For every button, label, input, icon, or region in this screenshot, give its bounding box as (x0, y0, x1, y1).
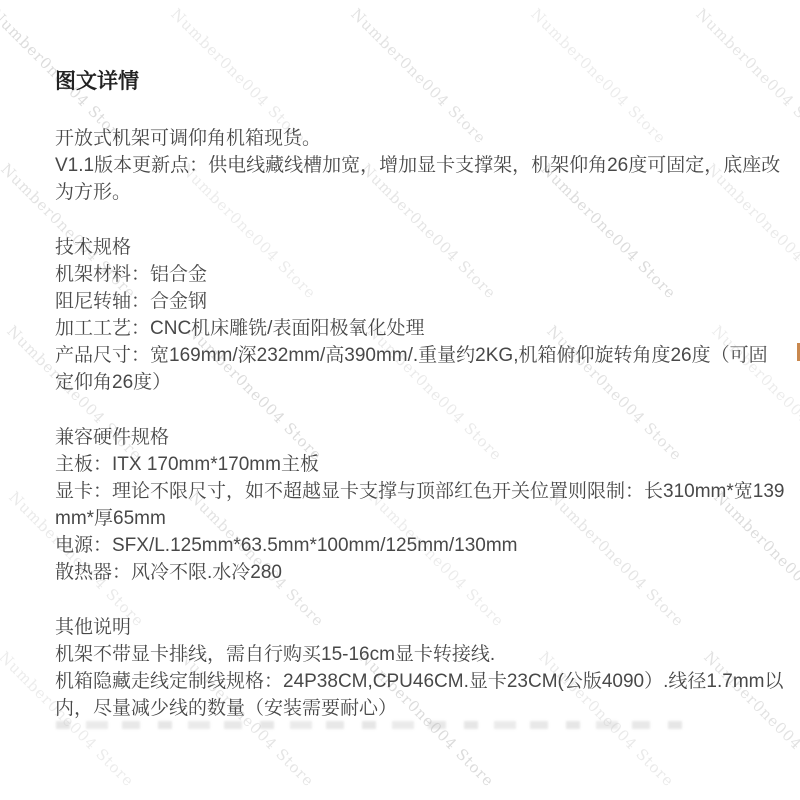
spec-line: 机架材料：铝合金 (55, 261, 770, 288)
spec-line: 产品尺寸：宽169mm/深232mm/高390mm/.重量约2KG,机箱俯仰旋转… (55, 342, 770, 369)
intro-line: V1.1版本更新点：供电线藏线槽加宽，增加显卡支撑架，机架仰角26度可固定，底座… (55, 152, 770, 179)
spec-line: 显卡：理论不限尺寸，如不超越显卡支撑与顶部红色开关位置则限制：长310mm*宽1… (55, 478, 770, 505)
section-hardware-compatibility: 兼容硬件规格 主板：ITX 170mm*170mm主板 显卡：理论不限尺寸，如不… (55, 424, 770, 586)
section-heading: 技术规格 (55, 234, 770, 261)
spec-line: 机箱隐藏走线定制线规格：24P38CM,CPU46CM.显卡23CM(公版409… (55, 668, 770, 695)
spec-line: mm*厚65mm (55, 505, 770, 532)
product-description-page: Number0ne004 StoreNumber0ne004 StoreNumb… (0, 0, 800, 800)
section-other-notes: 其他说明 机架不带显卡排线，需自行购买15-16cm显卡转接线. 机箱隐藏走线定… (55, 614, 770, 722)
spec-line: 内，尽量减少线的数量（安装需要耐心） (55, 695, 770, 722)
spec-line: 定仰角26度） (55, 369, 770, 396)
section-tech-specs: 技术规格 机架材料：铝合金 阻尼转轴：合金钢 加工工艺：CNC机床雕铣/表面阳极… (55, 234, 770, 396)
intro-paragraph: 开放式机架可调仰角机箱现货。 V1.1版本更新点：供电线藏线槽加宽，增加显卡支撑… (55, 125, 770, 206)
faded-cropped-text-remnant (56, 721, 696, 729)
section-heading: 其他说明 (55, 614, 770, 641)
section-heading: 兼容硬件规格 (55, 424, 770, 451)
spec-line: 加工工艺：CNC机床雕铣/表面阳极氧化处理 (55, 315, 770, 342)
page-title: 图文详情 (55, 68, 770, 95)
spec-line: 电源：SFX/L.125mm*63.5mm*100mm/125mm/130mm (55, 532, 770, 559)
intro-line: 为方形。 (55, 179, 770, 206)
spec-line: 主板：ITX 170mm*170mm主板 (55, 451, 770, 478)
spec-line: 机架不带显卡排线，需自行购买15-16cm显卡转接线. (55, 641, 770, 668)
description-content: 图文详情 开放式机架可调仰角机箱现货。 V1.1版本更新点：供电线藏线槽加宽，增… (55, 68, 770, 722)
spec-line: 阻尼转轴：合金钢 (55, 288, 770, 315)
intro-line: 开放式机架可调仰角机箱现货。 (55, 125, 770, 152)
spec-line: 散热器：风冷不限.水冷280 (55, 559, 770, 586)
